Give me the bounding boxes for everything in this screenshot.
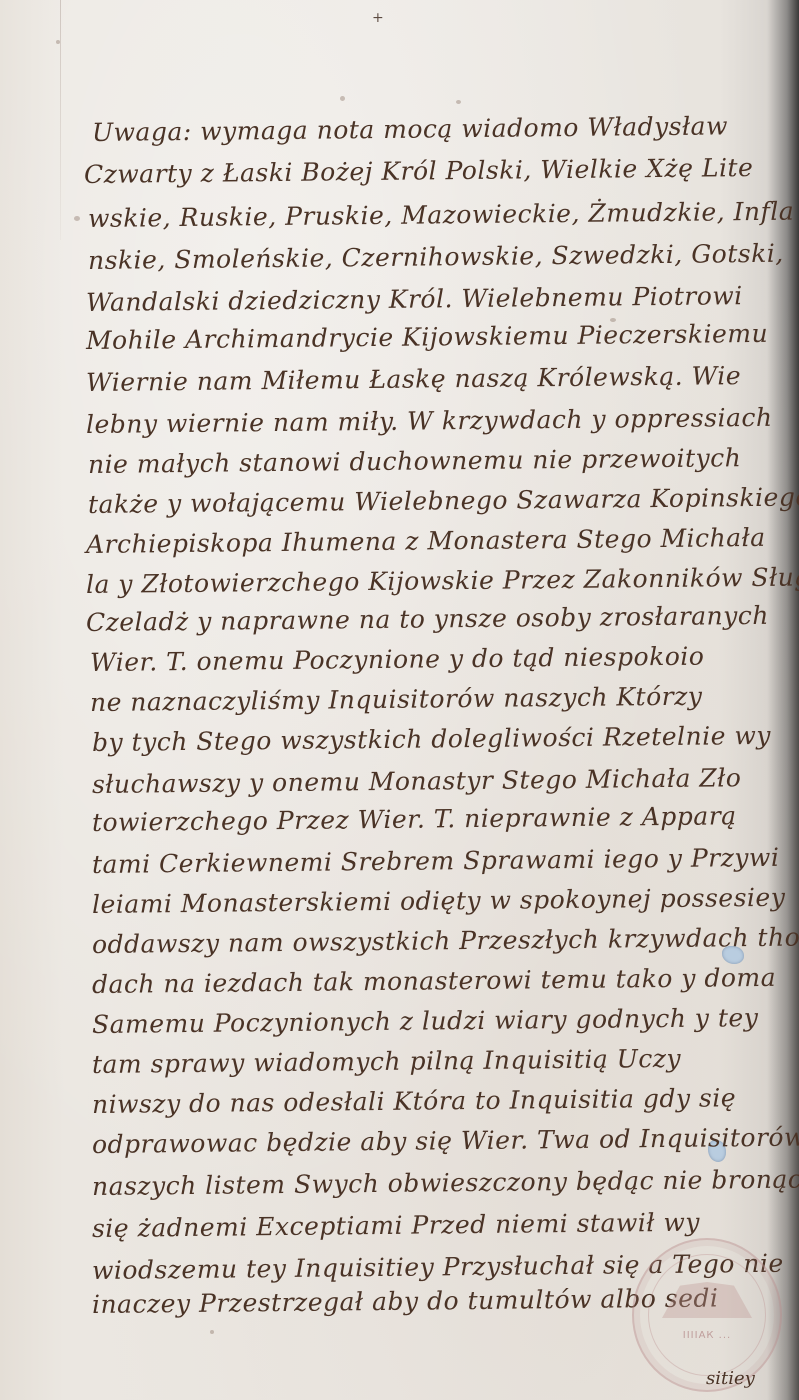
text-line: ne naznaczyliśmy Inquisitorów naszych Kt… <box>90 682 703 717</box>
text-line: odprawowac będzie aby się Wier. Twa od I… <box>92 1123 799 1159</box>
catchword: sitiey <box>706 1368 755 1389</box>
stamp-text: ІІІІАК ... <box>634 1330 780 1341</box>
text-line: lebny wiernie nam miły. W krzywdach y op… <box>86 403 773 439</box>
text-line: niwszy do nas odesłali Która to Inquisit… <box>92 1083 736 1119</box>
folio-mark: + <box>372 10 384 26</box>
text-line: Wiernie nam Miłemu Łaskę naszą Królewską… <box>86 361 741 397</box>
text-line: by tych Stego wszystkich dolegliwości Rz… <box>92 721 771 757</box>
text-line: także y wołającemu Wielebnego Szawarza K… <box>88 482 799 519</box>
text-line: wskie, Ruskie, Pruskie, Mazowieckie, Żmu… <box>88 197 795 233</box>
text-line: Czwarty z Łaski Bożej Król Polski, Wielk… <box>84 153 754 189</box>
text-line: towierzchego Przez Wier. T. nieprawnie z… <box>92 801 737 837</box>
margin-fold-line <box>60 0 61 240</box>
paper-speck <box>456 100 461 104</box>
text-line: Wandalski dziedziczny Król. Wielebnemu P… <box>86 281 743 317</box>
manuscript-page: + Uwaga: wymaga nota mocą wiadomo Władys… <box>0 0 799 1400</box>
text-line: dach na iezdach tak monasterowi temu tak… <box>92 963 776 999</box>
text-line: oddawszy nam owszystkich Przeszłych krzy… <box>92 923 799 959</box>
text-line: Mohile Archimandrycie Kijowskiemu Piecze… <box>86 319 768 355</box>
text-line: się żadnemi Exceptiami Przed niemi stawi… <box>92 1208 700 1243</box>
text-line: Archiepiskopa Ihumena z Monastera Stego … <box>86 523 766 559</box>
paper-speck <box>340 96 345 101</box>
text-line: tami Cerkiewnemi Srebrem Sprawami iego y… <box>92 843 780 879</box>
text-line: nskie, Smoleńskie, Czernihowskie, Szwedz… <box>88 239 784 275</box>
text-line: słuchawszy y onemu Monastyr Stego Michał… <box>92 763 742 799</box>
text-line: Wier. T. onemu Poczynione y do tąd niesp… <box>90 642 705 677</box>
text-line: naszych listem Swych obwieszczony będąc … <box>92 1165 799 1201</box>
text-line: tam sprawy wiadomych pilną Inquisitią Uc… <box>92 1044 681 1079</box>
paper-speck <box>56 40 60 44</box>
text-line: inaczey Przestrzegał aby do tumultów alb… <box>92 1283 719 1319</box>
text-line: leiami Monasterskiemi odięty w spokoynej… <box>92 883 786 919</box>
text-line: Uwaga: wymaga nota mocą wiadomo Władysła… <box>92 111 728 147</box>
paper-speck <box>74 216 80 221</box>
text-line: nie małych stanowi duchownemu nie przewo… <box>88 443 742 479</box>
text-line: Czeladż y naprawne na to ynsze osoby zro… <box>86 601 769 637</box>
text-line: la y Złotowierzchego Kijowskie Przez Zak… <box>86 562 799 599</box>
text-line: Samemu Poczynionych z ludzi wiary godnyc… <box>92 1003 759 1039</box>
paper-speck <box>210 1330 214 1334</box>
